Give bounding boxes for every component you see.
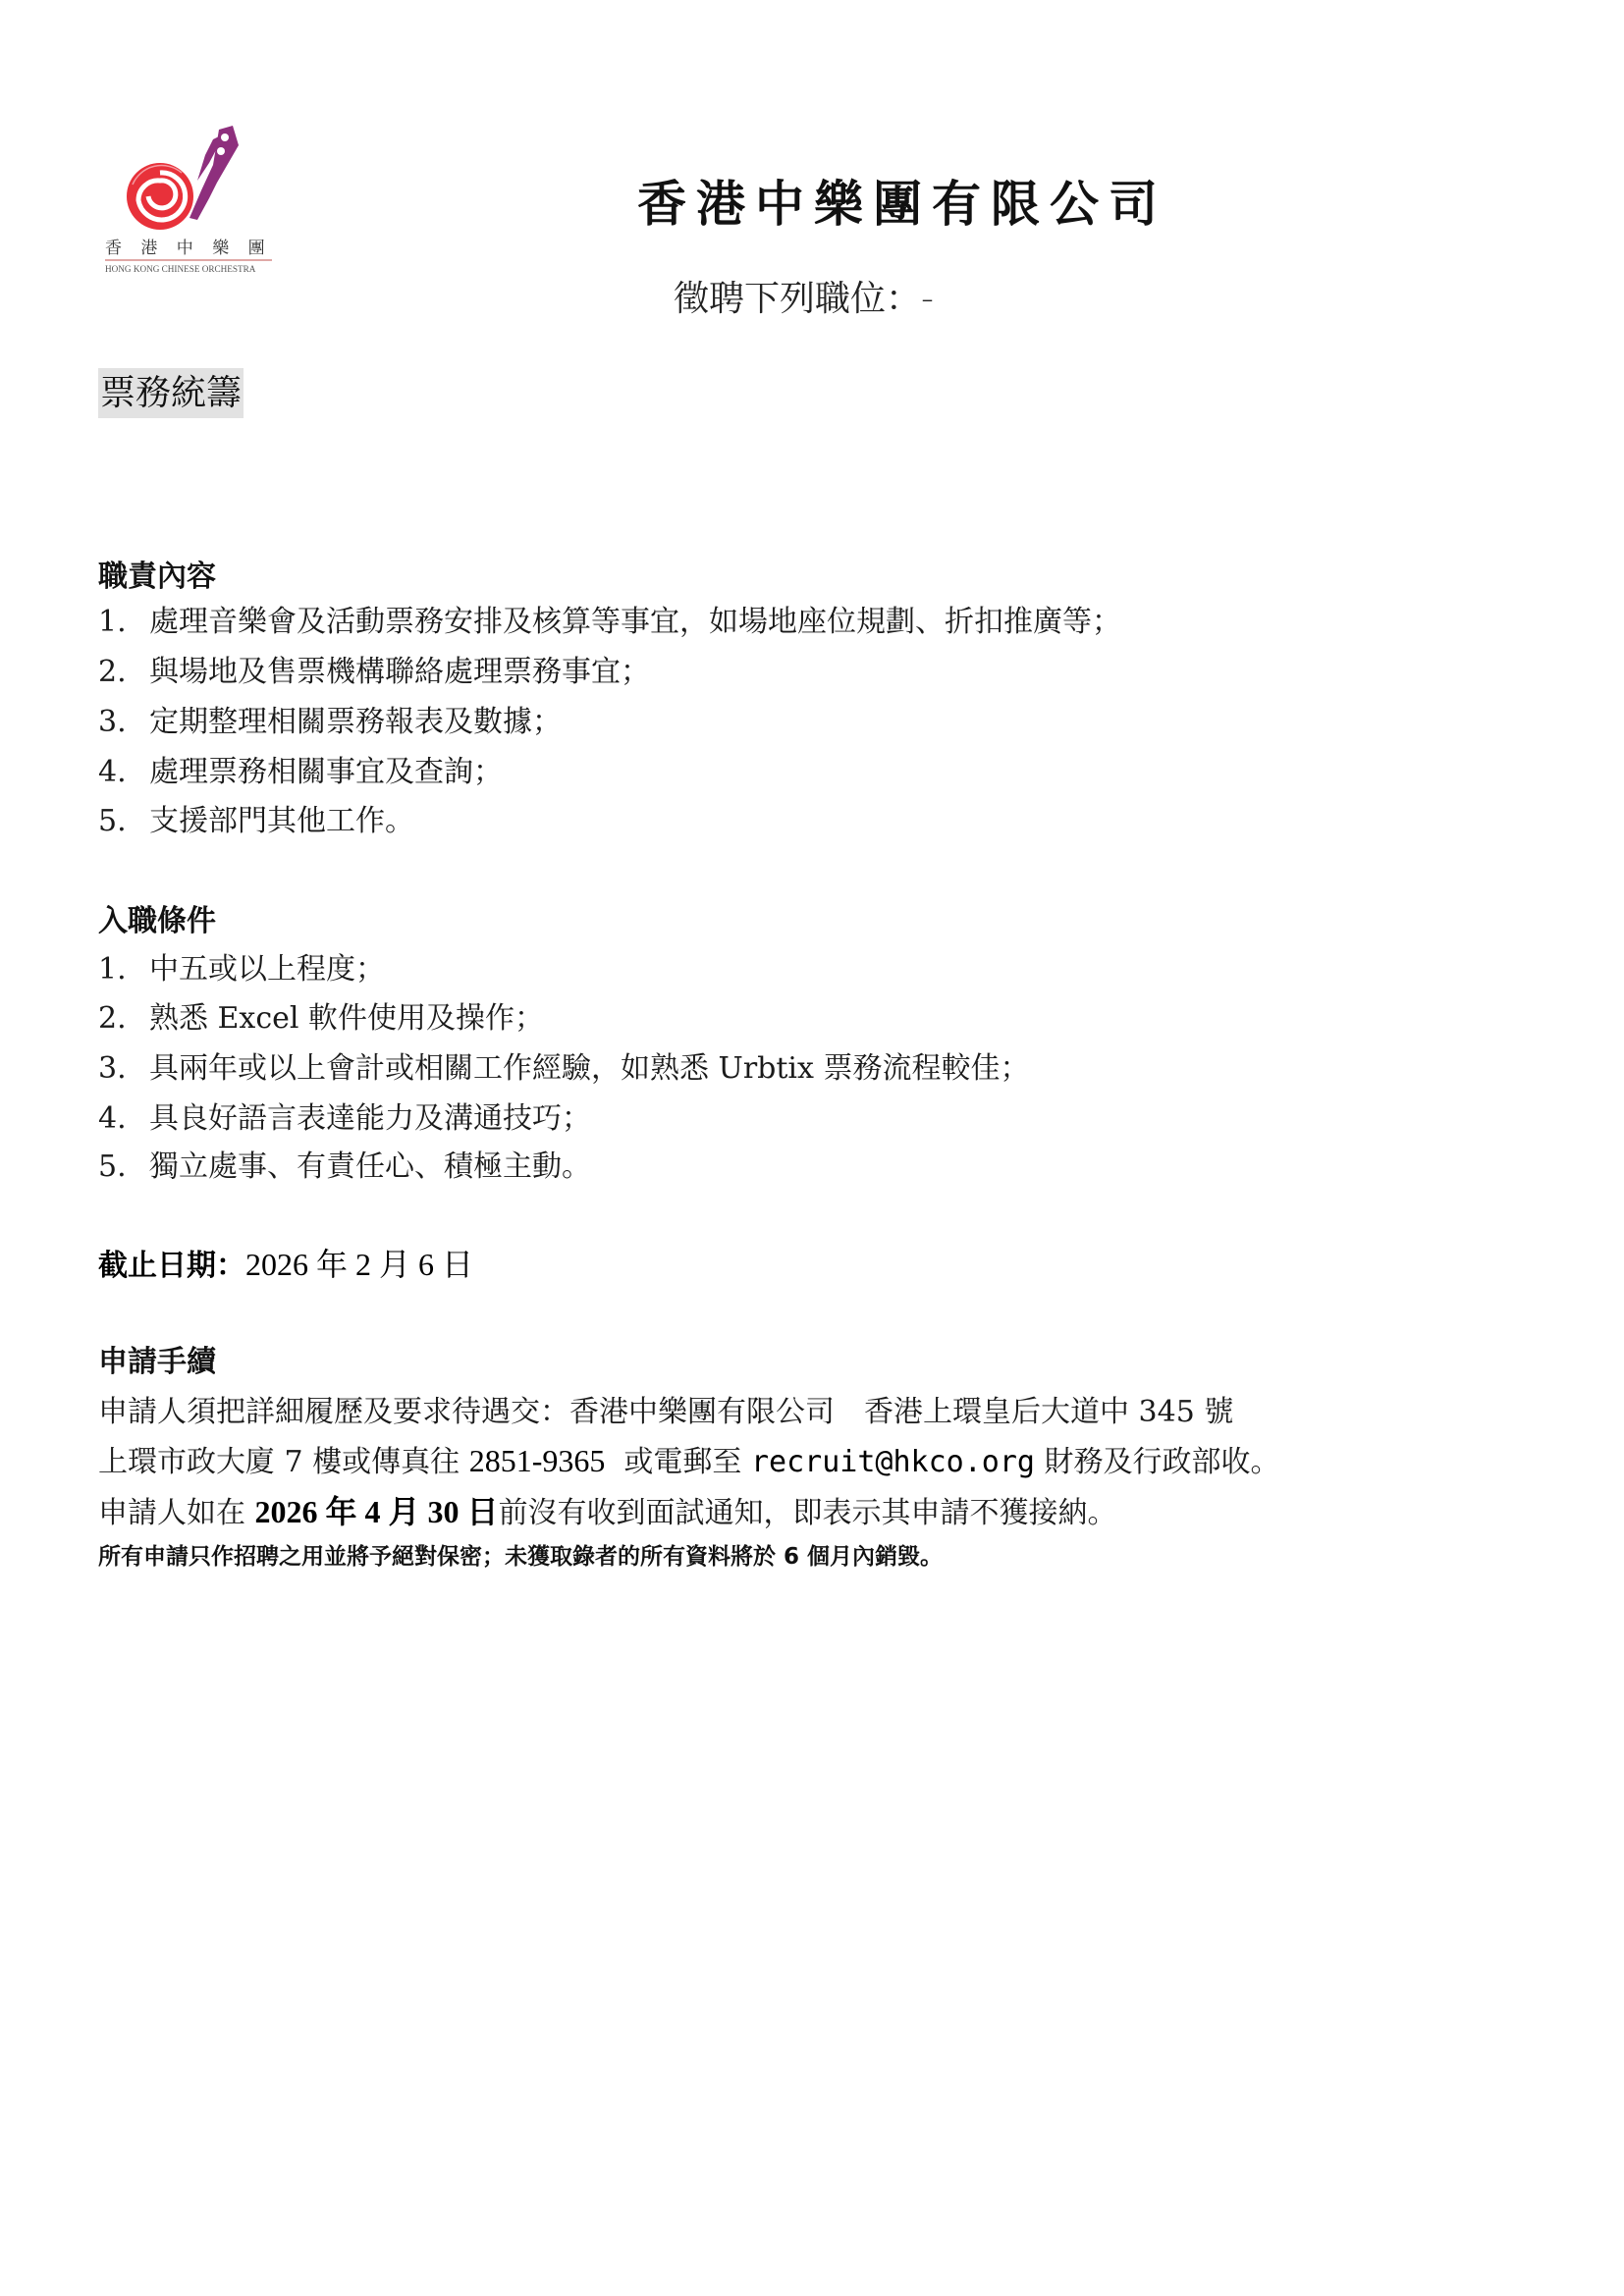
fax-number: 2851-9365: [469, 1443, 606, 1478]
requirements-heading: 入職條件: [98, 896, 216, 939]
item-text: 具良好語言表達能力及溝通技巧；: [149, 1101, 591, 1136]
notification-date: 2026 年 4 月 30 日: [255, 1494, 499, 1529]
duty-item: 1.處理音樂會及活動票務安排及核算等事宜，如場地座位規劃、折扣推廣等；: [98, 597, 1121, 640]
position-title: 票務統籌: [98, 368, 244, 418]
item-number: 2.: [98, 655, 149, 689]
item-text: 中五或以上程度；: [149, 952, 385, 987]
notice-prefix: 申請人如在: [98, 1496, 255, 1530]
item-text: 定期整理相關票務報表及數據；: [149, 705, 562, 739]
svg-text:HONG KONG CHINESE ORCHESTRA: HONG KONG CHINESE ORCHESTRA: [105, 264, 256, 274]
item-number: 5.: [98, 804, 149, 838]
recruitment-subtitle: 徵聘下列職位：-: [674, 271, 934, 321]
company-title-text: 香港中樂團有限公司: [637, 165, 1167, 236]
item-text: 與場地及售票機構聯絡處理票務事宜；: [149, 655, 650, 689]
item-number: 2.: [98, 1001, 149, 1036]
duty-item: 5.支援部門其他工作。: [98, 796, 414, 839]
email-prefix-text: 或電郵至: [605, 1445, 751, 1479]
email-link[interactable]: recruit@hkco.org: [751, 1445, 1035, 1479]
department-text: 財務及行政部收。: [1035, 1445, 1280, 1479]
item-text: 具兩年或以上會計或相關工作經驗，如熟悉 Urbtix 票務流程較佳；: [149, 1051, 1029, 1086]
requirement-item: 3.具兩年或以上會計或相關工作經驗，如熟悉 Urbtix 票務流程較佳；: [98, 1043, 1029, 1087]
application-line-3: 申請人如在 2026 年 4 月 30 日前沒有收到面試通知，即表示其申請不獲接…: [98, 1487, 1117, 1532]
address-text: 上環市政大廈 7 樓或傳真往: [98, 1445, 469, 1479]
duty-item: 3.定期整理相關票務報表及數據；: [98, 697, 562, 740]
svg-text:香 港 中 樂 團: 香 港 中 樂 團: [105, 239, 272, 258]
item-number: 4.: [98, 755, 149, 789]
application-line-1: 申請人須把詳細履歷及要求待遇交：香港中樂團有限公司 香港上環皇后大道中 345 …: [98, 1387, 1233, 1430]
requirement-item: 4.具良好語言表達能力及溝通技巧；: [98, 1094, 591, 1137]
deadline-value: 2026 年 2 月 6 日: [245, 1247, 473, 1282]
item-number: 3.: [98, 1051, 149, 1086]
item-number: 1.: [98, 952, 149, 987]
notice-suffix: 前沒有收到面試通知，即表示其申請不獲接納。: [499, 1496, 1117, 1530]
item-text: 熟悉 Excel 軟件使用及操作；: [149, 1001, 544, 1036]
deadline-label: 截止日期：: [98, 1249, 245, 1283]
item-text: 處理票務相關事宜及查詢；: [149, 755, 503, 789]
company-title: 香港中樂團有限公司: [0, 165, 1624, 236]
requirement-item: 2.熟悉 Excel 軟件使用及操作；: [98, 993, 544, 1037]
item-text: 獨立處事、有責任心、積極主動。: [149, 1149, 591, 1184]
item-text: 支援部門其他工作。: [149, 804, 414, 838]
deadline: 截止日期：2026 年 2 月 6 日: [98, 1240, 473, 1285]
item-number: 5.: [98, 1149, 149, 1184]
privacy-note: 所有申請只作招聘之用並將予絕對保密；未獲取錄者的所有資料將於 6 個月內銷毀。: [98, 1538, 943, 1571]
duties-heading: 職責內容: [98, 552, 216, 595]
item-number: 1.: [98, 605, 149, 639]
requirement-item: 5.獨立處事、有責任心、積極主動。: [98, 1142, 591, 1185]
duty-item: 2.與場地及售票機構聯絡處理票務事宜；: [98, 647, 650, 690]
application-line-2: 上環市政大廈 7 樓或傳真往 2851-9365 或電郵至 recruit@hk…: [98, 1437, 1280, 1480]
item-number: 3.: [98, 705, 149, 739]
item-text: 處理音樂會及活動票務安排及核算等事宜，如場地座位規劃、折扣推廣等；: [149, 605, 1121, 639]
application-heading: 申請手續: [98, 1337, 216, 1380]
requirement-item: 1.中五或以上程度；: [98, 944, 385, 988]
duty-item: 4.處理票務相關事宜及查詢；: [98, 747, 503, 790]
item-number: 4.: [98, 1101, 149, 1136]
